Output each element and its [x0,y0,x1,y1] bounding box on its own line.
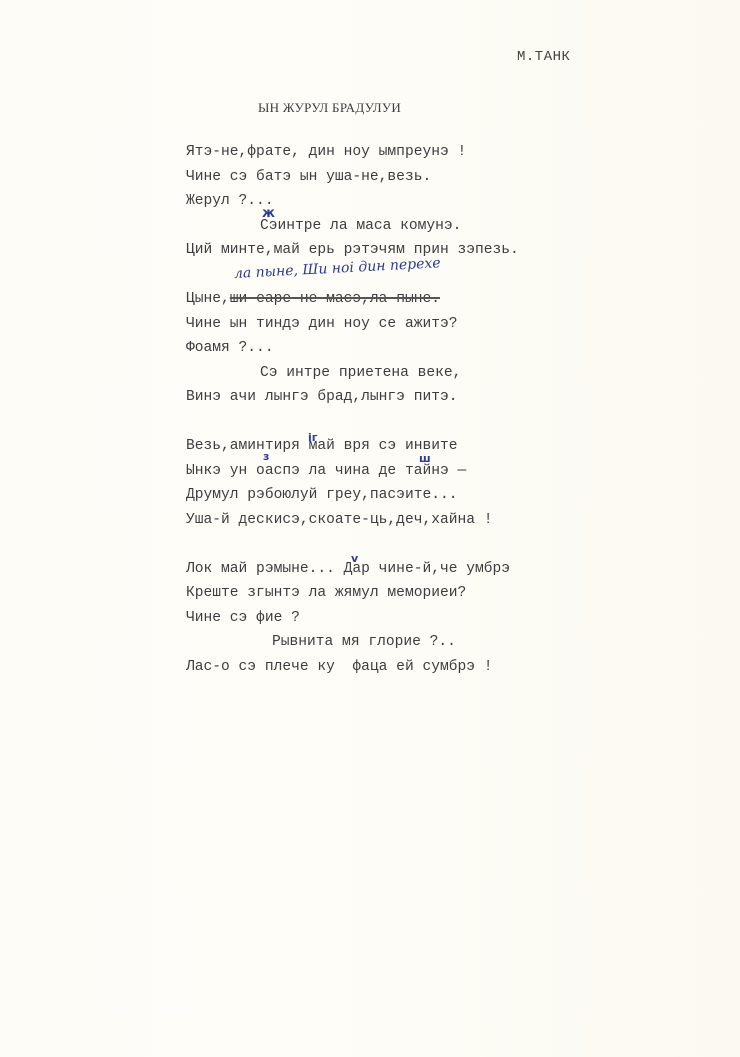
correction-mark: з [263,450,269,463]
poem-line: Лок май рэмыне... Дар чине-й,че умбрэ [186,557,566,582]
poem-title: ЫН ЖУРУЛ БРАДУЛУИ [258,100,401,116]
poem-line: Уша-й дескисэ,скоате-ць,деч,хайна ! [186,508,566,533]
poem-line: Ятэ-не,фрате, дин ноу ымпреунэ ! [186,140,566,165]
poem-line: Чине сэ фие ? [186,606,566,631]
correction-mark: ш [419,452,431,465]
poem-line: Чине ын тиндэ дин ноу се ажитэ? [186,312,566,337]
poem-line: Везь,аминтиря май вря сэ инвите [186,434,566,459]
poem-line-with-strike: Цыне,ши еаре не масэ,ла пыне. [186,287,566,312]
line-start: Цыне, [186,291,230,307]
poem-line: Креште згынтэ ла жямул мемориеи? [186,581,566,606]
poem-body: Ятэ-не,фрате, дин ноу ымпреунэ ! Чине сэ… [186,140,566,679]
poem-line: Друмул рэбоюлуй греу,пасэите... [186,483,566,508]
poem-line: Сэ интре приетена веке, [186,361,566,386]
correction-mark: v [351,552,358,565]
typewritten-page: М.ТАНК ЫН ЖУРУЛ БРАДУЛУИ Ятэ-не,фрате, д… [0,0,740,1057]
stanza-break [186,410,566,435]
poem-line: Чине сэ батэ ын уша-не,везь. [186,165,566,190]
struck-text: ши еаре не масэ,ла пыне. [230,291,440,307]
poem-line: Жерул ?... [186,189,566,214]
stanza-break [186,532,566,557]
poem-line: Рывнита мя глорие ?.. [186,630,566,655]
correction-mark: ж [262,206,275,221]
poem-line: Лас-о сэ плече ку фаца ей сумбрэ ! [186,655,566,680]
correction-mark: іг [308,431,318,444]
author-name: М.ТАНК [517,49,570,65]
poem-line: Ынкэ ун оаспэ ла чина де тайнэ — [186,459,566,484]
poem-line: Сэинтре ла маса комунэ. [186,214,566,239]
poem-line: Винэ ачи лынгэ брад,лынгэ питэ. [186,385,566,410]
poem-line: Фоамя ?... [186,336,566,361]
